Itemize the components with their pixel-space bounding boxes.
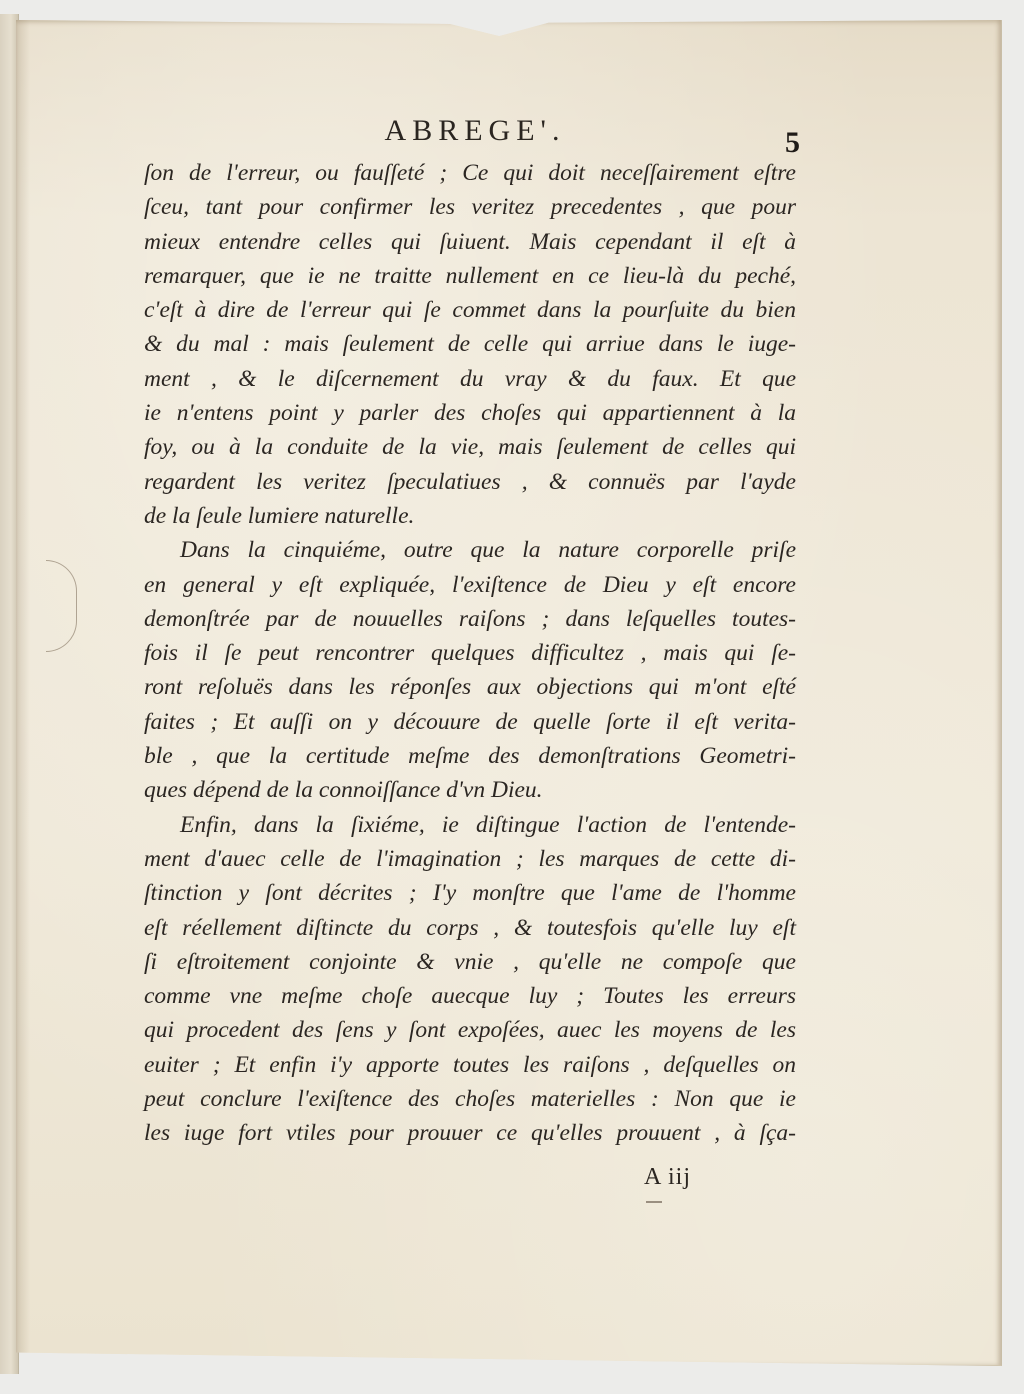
- text-line: ſon de l'erreur, ou fauſſeté ; Ce qui do…: [144, 156, 796, 190]
- body-text: ſon de l'erreur, ou fauſſeté ; Ce qui do…: [144, 156, 796, 1151]
- signature-underline: [646, 1201, 662, 1203]
- text-line: ment , & le diſcernement du vray & du fa…: [144, 362, 796, 396]
- text-line: ſi eſtroitement conjointe & vnie , qu'el…: [144, 945, 796, 979]
- paragraph-sixth-meditation: Enfin, dans la ſixiéme, ie diſtingue l'a…: [144, 808, 796, 1151]
- text-line: Enfin, dans la ſixiéme, ie diſtingue l'a…: [144, 808, 796, 842]
- text-line: de la ſeule lumiere naturelle.: [144, 499, 796, 533]
- text-line: mieux entendre celles qui ſuiuent. Mais …: [144, 225, 796, 259]
- paragraph-continuation: ſon de l'erreur, ou fauſſeté ; Ce qui do…: [144, 156, 796, 533]
- text-line: ſceu, tant pour confirmer les veritez pr…: [144, 190, 796, 224]
- paper-stain: [46, 560, 77, 652]
- text-line: comme vne meſme choſe auecque luy ; Tout…: [144, 979, 796, 1013]
- page-header: ABREGE'. 5: [150, 114, 800, 154]
- page-number: 5: [785, 126, 800, 160]
- text-line: remarquer, que ie ne traitte nullement e…: [144, 259, 796, 293]
- text-line: fois il ſe peut rencontrer quelques diff…: [144, 636, 796, 670]
- text-line: regardent les veritez ſpeculatiues , & c…: [144, 465, 796, 499]
- text-line: c'eſt à dire de l'erreur qui ſe commet d…: [144, 293, 796, 327]
- text-line: faites ; Et auſſi on y découure de quell…: [144, 705, 796, 739]
- text-line: Dans la cinquiéme, outre que la nature c…: [144, 533, 796, 567]
- text-line: ſtinction y ſont décrites ; I'y monſtre …: [144, 876, 796, 910]
- text-line: en general y eſt expliquée, l'exiſtence …: [144, 568, 796, 602]
- text-line: qui procedent des ſens y ſont expoſées, …: [144, 1013, 796, 1047]
- text-line: eſt réellement diſtincte du corps , & to…: [144, 911, 796, 945]
- text-line: ment d'auec celle de l'imagination ; les…: [144, 842, 796, 876]
- text-line: ble , que la certitude meſme des demonſt…: [144, 739, 796, 773]
- text-line: foy, ou à la conduite de la vie, mais ſe…: [144, 430, 796, 464]
- text-line: demonſtrée par de nouuelles raiſons ; da…: [144, 602, 796, 636]
- text-line: & du mal : mais ſeulement de celle qui a…: [144, 327, 796, 361]
- signature-mark: A iij: [644, 1164, 691, 1191]
- text-line: ie n'entens point y parler des choſes qu…: [144, 396, 796, 430]
- text-line: euiter ; Et enfin i'y apporte toutes les…: [144, 1048, 796, 1082]
- running-title: ABREGE'.: [150, 114, 800, 148]
- text-line: peut conclure l'exiſtence des choſes mat…: [144, 1082, 796, 1116]
- paragraph-fifth-meditation: Dans la cinquiéme, outre que la nature c…: [144, 533, 796, 807]
- text-line: ques dépend de la connoiſſance d'vn Dieu…: [144, 773, 796, 807]
- gutter-shadow: [16, 20, 30, 1365]
- text-line: ront reſoluës dans les réponſes aux obje…: [144, 670, 796, 704]
- text-line: les iuge fort vtiles pour prouuer ce qu'…: [144, 1116, 796, 1150]
